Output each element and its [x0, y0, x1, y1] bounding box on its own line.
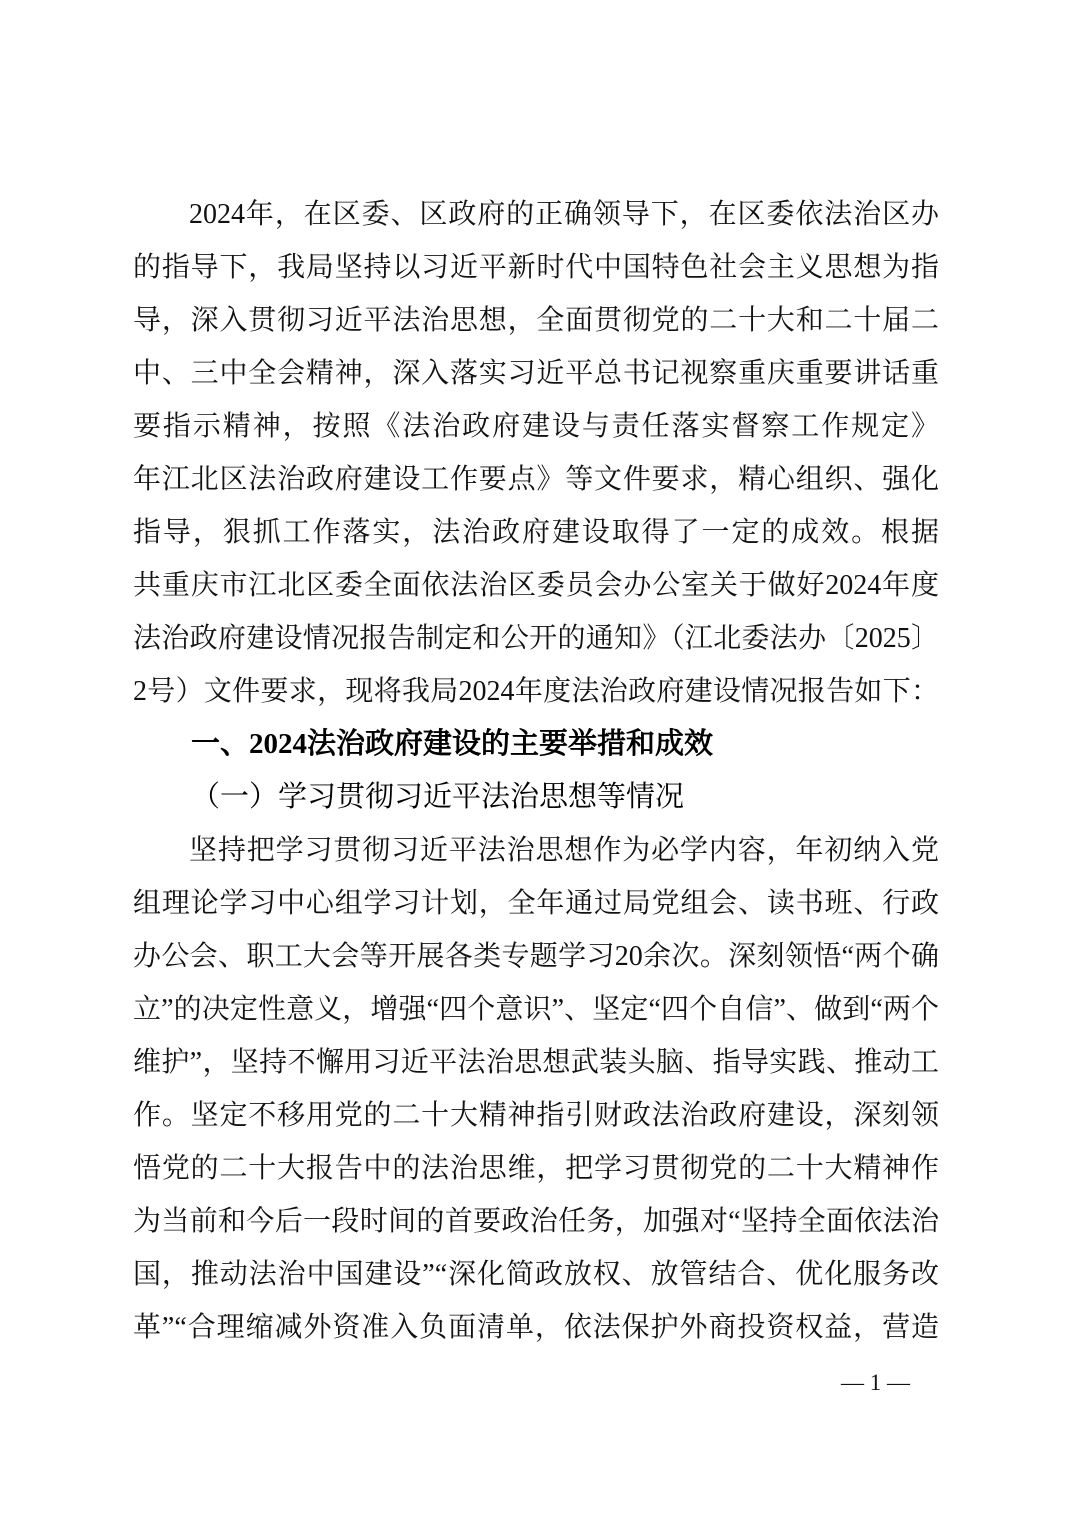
document-page: 2024年，在区委、区政府的正确领导下，在区委依法治区办 的指导下，我局坚持以习…: [0, 0, 1074, 1520]
text-line: 法治政府建设情况报告制定和公开的通知》（江北委法办〔2025〕: [133, 612, 939, 665]
text-line: 作。坚定不移用党的二十大精神指引财政法治政府建设，深刻领: [133, 1089, 939, 1142]
text-line: 中、三中全会精神，深入落实习近平总书记视察重庆重要讲话重: [133, 347, 939, 400]
text-line: 革”“合理缩减外资准入负面清单，依法保护外商投资权益，营造: [133, 1301, 939, 1354]
page-number: — 1 —: [841, 1368, 910, 1398]
text-line: 为当前和今后一段时间的首要政治任务，加强对“坚持全面依法治: [133, 1195, 939, 1248]
text-line: 办公会、职工大会等开展各类专题学习20余次。深刻领悟“两个确: [133, 930, 939, 983]
text-line: 坚持把学习贯彻习近平法治思想作为必学内容，年初纳入党: [133, 824, 939, 877]
text-line: 2024年，在区委、区政府的正确领导下，在区委依法治区办: [133, 188, 939, 241]
text-line: 要指示精神，按照《法治政府建设与责任落实督察工作规定》《2024: [133, 400, 939, 453]
text-line: 立”的决定性意义，增强“四个意识”、坚定“四个自信”、做到“两个: [133, 983, 939, 1036]
subsection-heading: （一）学习贯彻习近平法治思想等情况: [133, 771, 939, 824]
section-heading: 一、2024法治政府建设的主要举措和成效: [133, 718, 939, 771]
document-body: 2024年，在区委、区政府的正确领导下，在区委依法治区办 的指导下，我局坚持以习…: [133, 188, 939, 1354]
text-line: 维护”，坚持不懈用习近平法治思想武装头脑、指导实践、推动工: [133, 1036, 939, 1089]
text-line: 导，深入贯彻习近平法治思想，全面贯彻党的二十大和二十届二: [133, 294, 939, 347]
text-line: 年江北区法治政府建设工作要点》等文件要求，精心组织、强化: [133, 453, 939, 506]
text-line: 国，推动法治中国建设”“深化简政放权、放管结合、优化服务改: [133, 1248, 939, 1301]
text-line: 指导，狠抓工作落实，法治政府建设取得了一定的成效。根据《中: [133, 506, 939, 559]
text-line: 组理论学习中心组学习计划，全年通过局党组会、读书班、行政: [133, 877, 939, 930]
text-line: 2号）文件要求，现将我局2024年度法治政府建设情况报告如下：: [133, 665, 939, 718]
text-line: 悟党的二十大报告中的法治思维，把学习贯彻党的二十大精神作: [133, 1142, 939, 1195]
text-line: 共重庆市江北区委全面依法治区委员会办公室关于做好2024年度: [133, 559, 939, 612]
text-line: 的指导下，我局坚持以习近平新时代中国特色社会主义思想为指: [133, 241, 939, 294]
